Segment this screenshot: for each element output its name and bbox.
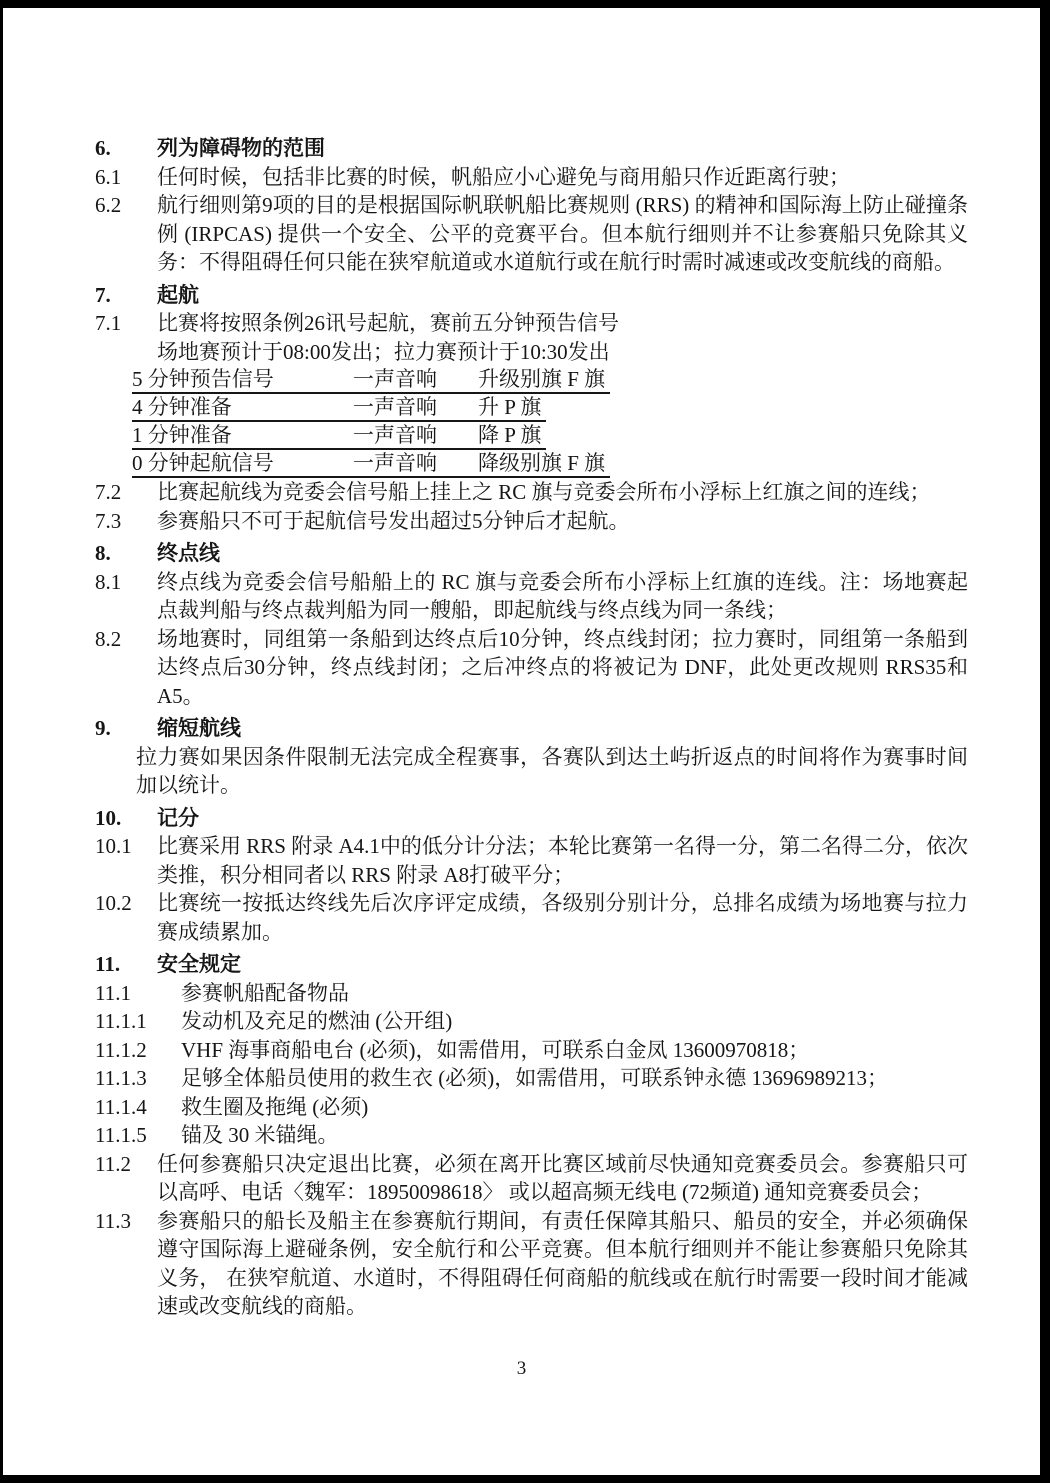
clause-text: 足够全体船员使用的救生衣 (必须)，如需借用，可联系钟永德 1369698921… bbox=[181, 1064, 968, 1093]
clause-item: 11.1参赛帆船配备物品 bbox=[95, 979, 968, 1008]
signal-table-row: 1 分钟准备一声音响降 P 旗 bbox=[132, 422, 546, 450]
clause-text-line: 任何时候，包括非比赛的时候，帆船应小心避免与商用船只作近距离行驶； bbox=[157, 163, 968, 192]
start-signal-table: 5 分钟预告信号一声音响升级别旗 F 旗4 分钟准备一声音响升 P 旗1 分钟准… bbox=[132, 366, 968, 478]
clause-text-line: 场地赛时，同组第一条船到达终点后10分钟，终点线封闭；拉力赛时，同组第一条船到达… bbox=[157, 625, 968, 711]
section-heading-text: 终点线 bbox=[157, 539, 968, 568]
section-heading: 9.缩短航线 bbox=[95, 714, 968, 743]
clause-number: 11. bbox=[95, 950, 157, 979]
clause-text: 参赛船只不可于起航信号发出超过5分钟后才起航。 bbox=[157, 507, 968, 536]
clause-text: 比赛将按照条例26讯号起航，赛前五分钟预告信号场地赛预计于08:00发出；拉力赛… bbox=[157, 309, 968, 366]
clause-item: 10.2比赛统一按抵达终线先后次序评定成绩，各级别分别计分，总排名成绩为场地赛与… bbox=[95, 889, 968, 946]
signal-flag-cell: 降级别旗 F 旗 bbox=[478, 450, 610, 476]
clause-text: 场地赛时，同组第一条船到达终点后10分钟，终点线封闭；拉力赛时，同组第一条船到达… bbox=[157, 625, 968, 711]
clause-item: 11.1.5锚及 30 米锚绳。 bbox=[95, 1121, 968, 1150]
signal-flag-cell: 升级别旗 F 旗 bbox=[478, 366, 610, 392]
clause-text-line: 发动机及充足的燃油 (公开组) bbox=[181, 1007, 968, 1036]
clause-number: 11.1.5 bbox=[95, 1121, 181, 1150]
clause-text: 发动机及充足的燃油 (公开组) bbox=[181, 1007, 968, 1036]
section-heading-text: 安全规定 bbox=[157, 950, 968, 979]
signal-sound-cell: 一声音响 bbox=[353, 450, 478, 476]
clause-text: 救生圈及拖绳 (必须) bbox=[181, 1093, 968, 1122]
clause-number: 11.1.3 bbox=[95, 1064, 181, 1093]
clause-item: 11.1.2VHF 海事商船电台 (必须)，如需借用，可联系白金凤 136009… bbox=[95, 1036, 968, 1065]
signal-table-row: 0 分钟起航信号一声音响降级别旗 F 旗 bbox=[132, 450, 610, 478]
section-heading-text: 缩短航线 bbox=[157, 714, 968, 743]
clause-item: 8.1终点线为竞委会信号船船上的 RC 旗与竞委会所布小浮标上红旗的连线。注：场… bbox=[95, 568, 968, 625]
section-heading: 8.终点线 bbox=[95, 539, 968, 568]
clause-text-line: 参赛帆船配备物品 bbox=[181, 979, 968, 1008]
clause-text-line: 场地赛预计于08:00发出；拉力赛预计于10:30发出 bbox=[157, 338, 968, 367]
clause-item: 6.2航行细则第9项的目的是根据国际帆联帆船比赛规则 (RRS) 的精神和国际海… bbox=[95, 191, 968, 277]
clause-text: 参赛船只的船长及船主在参赛航行期间，有责任保障其船只、船员的安全，并必须确保遵守… bbox=[157, 1207, 968, 1321]
document-body: 6.列为障碍物的范围6.1任何时候，包括非比赛的时候，帆船应小心避免与商用船只作… bbox=[95, 130, 968, 1321]
clause-text: 终点线为竞委会信号船船上的 RC 旗与竞委会所布小浮标上红旗的连线。注：场地赛起… bbox=[157, 568, 968, 625]
clause-number: 11.2 bbox=[95, 1150, 157, 1179]
signal-time-cell: 4 分钟准备 bbox=[132, 394, 353, 420]
clause-number: 10. bbox=[95, 804, 157, 833]
clause-number: 10.2 bbox=[95, 889, 157, 918]
clause-number: 7. bbox=[95, 281, 157, 310]
signal-sound-cell: 一声音响 bbox=[353, 366, 478, 392]
clause-text-line: 航行细则第9项的目的是根据国际帆联帆船比赛规则 (RRS) 的精神和国际海上防止… bbox=[157, 191, 968, 277]
clause-item: 11.1.3足够全体船员使用的救生衣 (必须)，如需借用，可联系钟永德 1369… bbox=[95, 1064, 968, 1093]
clause-text-line: 比赛将按照条例26讯号起航，赛前五分钟预告信号 bbox=[157, 309, 968, 338]
clause-text-line: 足够全体船员使用的救生衣 (必须)，如需借用，可联系钟永德 1369698921… bbox=[181, 1064, 968, 1093]
clause-item: 7.3参赛船只不可于起航信号发出超过5分钟后才起航。 bbox=[95, 507, 968, 536]
section-heading-text: 列为障碍物的范围 bbox=[157, 134, 968, 163]
clause-item: 11.2任何参赛船只决定退出比赛，必须在离开比赛区域前尽快通知竞赛委员会。参赛船… bbox=[95, 1150, 968, 1207]
clause-number: 11.1.4 bbox=[95, 1093, 181, 1122]
clause-text: 任何时候，包括非比赛的时候，帆船应小心避免与商用船只作近距离行驶； bbox=[157, 163, 968, 192]
clause-item: 7.2比赛起航线为竞委会信号船上挂上之 RC 旗与竞委会所布小浮标上红旗之间的连… bbox=[95, 478, 968, 507]
clause-number: 6. bbox=[95, 134, 157, 163]
clause-text: 任何参赛船只决定退出比赛，必须在离开比赛区域前尽快通知竞赛委员会。参赛船只可以高… bbox=[157, 1150, 968, 1207]
section-heading: 6.列为障碍物的范围 bbox=[95, 134, 968, 163]
signal-time-cell: 5 分钟预告信号 bbox=[132, 366, 353, 392]
clause-text: 航行细则第9项的目的是根据国际帆联帆船比赛规则 (RRS) 的精神和国际海上防止… bbox=[157, 191, 968, 277]
signal-flag-cell: 升 P 旗 bbox=[478, 394, 546, 420]
clause-text-line: 比赛统一按抵达终线先后次序评定成绩，各级别分别计分，总排名成绩为场地赛与拉力赛成… bbox=[157, 889, 968, 946]
section-heading: 7.起航 bbox=[95, 281, 968, 310]
clause-number: 11.1.1 bbox=[95, 1007, 181, 1036]
clause-number: 8. bbox=[95, 539, 157, 568]
clause-item: 10.1比赛采用 RRS 附录 A4.1中的低分计分法；本轮比赛第一名得一分，第… bbox=[95, 832, 968, 889]
clause-number: 6.2 bbox=[95, 191, 157, 220]
signal-flag-cell: 降 P 旗 bbox=[478, 422, 546, 448]
clause-number: 9. bbox=[95, 714, 157, 743]
clause-item: 11.1.1发动机及充足的燃油 (公开组) bbox=[95, 1007, 968, 1036]
document-page: 6.列为障碍物的范围6.1任何时候，包括非比赛的时候，帆船应小心避免与商用船只作… bbox=[0, 0, 1050, 1483]
section-heading: 11.安全规定 bbox=[95, 950, 968, 979]
clause-text: 参赛帆船配备物品 bbox=[181, 979, 968, 1008]
clause-text-line: 终点线为竞委会信号船船上的 RC 旗与竞委会所布小浮标上红旗的连线。注：场地赛起… bbox=[157, 568, 968, 625]
page-number: 3 bbox=[3, 1358, 1040, 1380]
clause-number: 7.2 bbox=[95, 478, 157, 507]
clause-item: 拉力赛如果因条件限制无法完成全程赛事，各赛队到达土屿折返点的时间将作为赛事时间加… bbox=[95, 743, 968, 800]
clause-text-line: 任何参赛船只决定退出比赛，必须在离开比赛区域前尽快通知竞赛委员会。参赛船只可以高… bbox=[157, 1150, 968, 1207]
clause-number: 7.3 bbox=[95, 507, 157, 536]
clause-text: 比赛采用 RRS 附录 A4.1中的低分计分法；本轮比赛第一名得一分，第二名得二… bbox=[157, 832, 968, 889]
clause-number: 8.2 bbox=[95, 625, 157, 654]
clause-text-line: 参赛船只的船长及船主在参赛航行期间，有责任保障其船只、船员的安全，并必须确保遵守… bbox=[157, 1207, 968, 1321]
clause-item: 11.1.4救生圈及拖绳 (必须) bbox=[95, 1093, 968, 1122]
clause-text-line: 拉力赛如果因条件限制无法完成全程赛事，各赛队到达土屿折返点的时间将作为赛事时间加… bbox=[136, 743, 968, 800]
clause-text: VHF 海事商船电台 (必须)，如需借用，可联系白金凤 13600970818； bbox=[181, 1036, 968, 1065]
clause-number: 10.1 bbox=[95, 832, 157, 861]
clause-text-line: 参赛船只不可于起航信号发出超过5分钟后才起航。 bbox=[157, 507, 968, 536]
clause-item: 11.3参赛船只的船长及船主在参赛航行期间，有责任保障其船只、船员的安全，并必须… bbox=[95, 1207, 968, 1321]
signal-sound-cell: 一声音响 bbox=[353, 422, 478, 448]
clause-item: 7.1比赛将按照条例26讯号起航，赛前五分钟预告信号场地赛预计于08:00发出；… bbox=[95, 309, 968, 366]
clause-text-line: 比赛起航线为竞委会信号船上挂上之 RC 旗与竞委会所布小浮标上红旗之间的连线； bbox=[157, 478, 968, 507]
clause-text-line: 救生圈及拖绳 (必须) bbox=[181, 1093, 968, 1122]
signal-time-cell: 0 分钟起航信号 bbox=[132, 450, 353, 476]
signal-table-row: 5 分钟预告信号一声音响升级别旗 F 旗 bbox=[132, 366, 610, 394]
signal-time-cell: 1 分钟准备 bbox=[132, 422, 353, 448]
clause-number: 11.1.2 bbox=[95, 1036, 181, 1065]
section-heading-text: 起航 bbox=[157, 281, 968, 310]
clause-text: 锚及 30 米锚绳。 bbox=[181, 1121, 968, 1150]
section-heading: 10.记分 bbox=[95, 804, 968, 833]
clause-text-line: VHF 海事商船电台 (必须)，如需借用，可联系白金凤 13600970818； bbox=[181, 1036, 968, 1065]
clause-text-line: 锚及 30 米锚绳。 bbox=[181, 1121, 968, 1150]
clause-text: 拉力赛如果因条件限制无法完成全程赛事，各赛队到达土屿折返点的时间将作为赛事时间加… bbox=[136, 743, 968, 800]
clause-number: 7.1 bbox=[95, 309, 157, 338]
signal-table-row: 4 分钟准备一声音响升 P 旗 bbox=[132, 394, 546, 422]
clause-number: 11.3 bbox=[95, 1207, 157, 1236]
clause-item: 8.2场地赛时，同组第一条船到达终点后10分钟，终点线封闭；拉力赛时，同组第一条… bbox=[95, 625, 968, 711]
section-heading-text: 记分 bbox=[157, 804, 968, 833]
clause-text-line: 比赛采用 RRS 附录 A4.1中的低分计分法；本轮比赛第一名得一分，第二名得二… bbox=[157, 832, 968, 889]
clause-number: 8.1 bbox=[95, 568, 157, 597]
clause-number: 11.1 bbox=[95, 979, 181, 1008]
clause-item: 6.1任何时候，包括非比赛的时候，帆船应小心避免与商用船只作近距离行驶； bbox=[95, 163, 968, 192]
clause-number: 6.1 bbox=[95, 163, 157, 192]
clause-text: 比赛起航线为竞委会信号船上挂上之 RC 旗与竞委会所布小浮标上红旗之间的连线； bbox=[157, 478, 968, 507]
clause-text: 比赛统一按抵达终线先后次序评定成绩，各级别分别计分，总排名成绩为场地赛与拉力赛成… bbox=[157, 889, 968, 946]
signal-sound-cell: 一声音响 bbox=[353, 394, 478, 420]
